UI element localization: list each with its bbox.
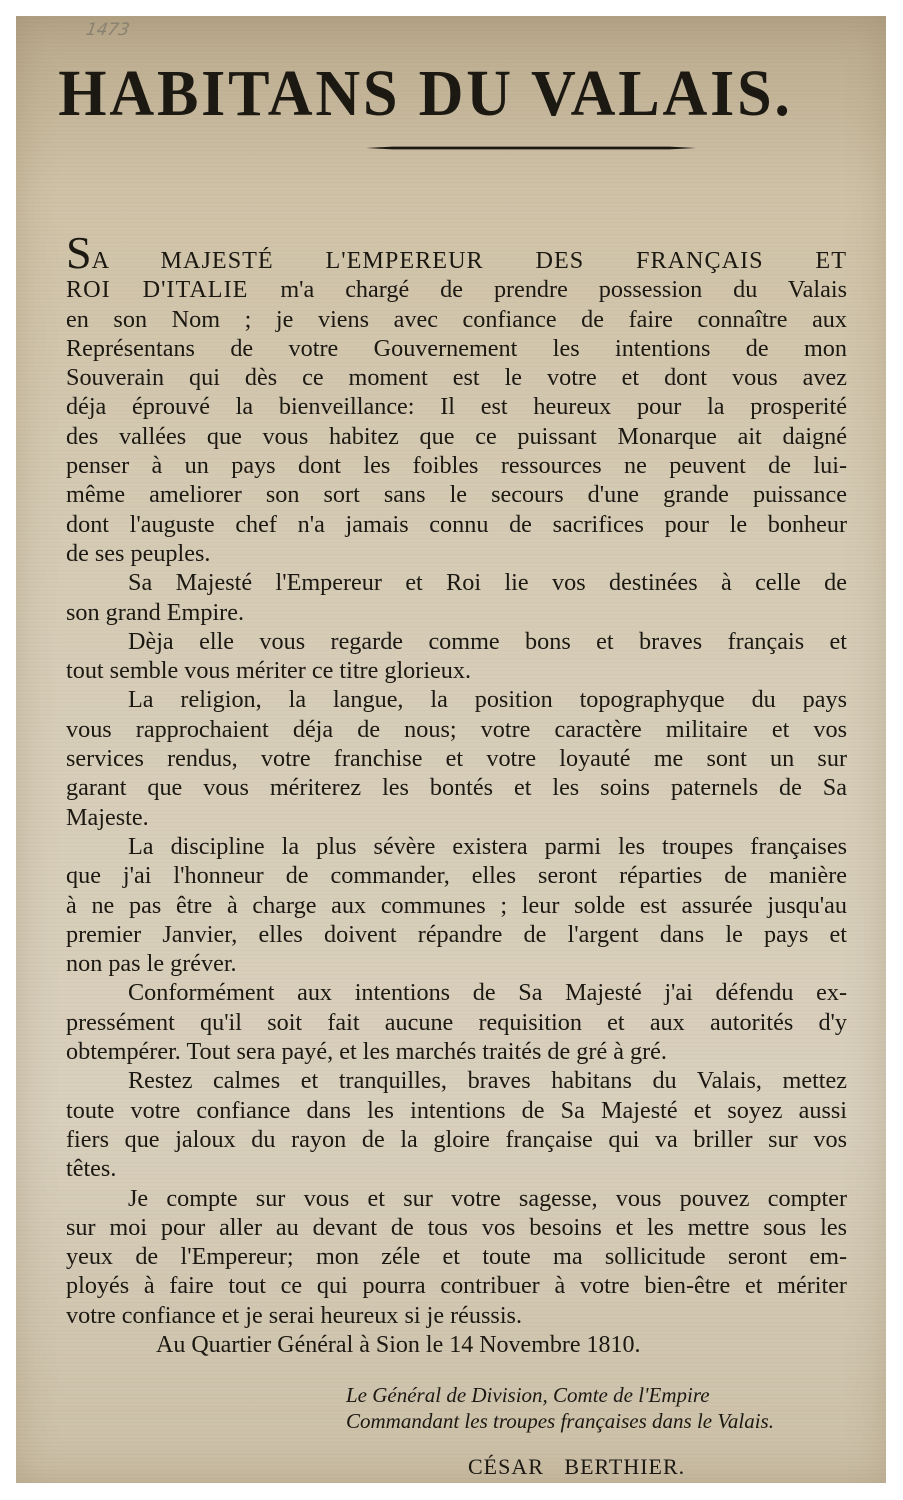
text-line: pressément qu'il soit fait aucune requis… — [66, 1008, 847, 1037]
text-line: Souverain qui dès ce moment est le votre… — [66, 363, 847, 392]
drop-cap: S — [66, 227, 92, 278]
text-line: fiers que jaloux du rayon de la gloire f… — [66, 1125, 847, 1154]
text-line: La discipline la plus sévère existera pa… — [66, 832, 847, 861]
signatory-title-line-1: Le Général de Division, Comte de l'Empir… — [346, 1382, 866, 1408]
text-line: Représentans de votre Gouvernement les i… — [66, 334, 847, 363]
text-line: à ne pas être à charge aux communes ; le… — [66, 891, 847, 920]
proclamation-sheet: 1473 HABITANS DU VALAIS. SA MAJESTÉ L'EM… — [16, 16, 886, 1483]
text-line: que j'ai l'honneur de commander, elles s… — [66, 861, 847, 890]
paragraph: SA MAJESTÉ L'EMPEREUR DES FRANÇAIS ETROI… — [66, 238, 847, 568]
text-line: toute votre confiance dans les intention… — [66, 1096, 847, 1125]
text-line: de ses peuples. — [66, 539, 847, 568]
text-line: Sa Majesté l'Empereur et Roi lie vos des… — [66, 568, 847, 597]
paragraph: Conformément aux intentions de Sa Majest… — [66, 978, 847, 1066]
text-line: non pas le gréver. — [66, 949, 847, 978]
text-line: penser à un pays dont les foibles ressou… — [66, 451, 847, 480]
text-line: garant que vous mériterez les bontés et … — [66, 773, 847, 802]
opening-caps: A MAJESTÉ L'EMPEREUR DES FRANÇAIS ET — [92, 247, 847, 274]
text-line: ROI D'ITALIE m'a chargé de prendre posse… — [66, 275, 847, 304]
title-rule-divider — [366, 146, 696, 150]
text-line: Conformément aux intentions de Sa Majest… — [66, 978, 847, 1007]
signatory-title-line-2: Commandant les troupes françaises dans l… — [346, 1408, 866, 1434]
text-line: premier Janvier, elles doivent répandre … — [66, 920, 847, 949]
dateline: Au Quartier Général à Sion le 14 Novembr… — [156, 1332, 796, 1359]
text-line: yeux de l'Empereur; mon zéle et toute ma… — [66, 1242, 847, 1271]
text-line: votre confiance et je serai heureux si j… — [66, 1301, 847, 1330]
paragraph: Sa Majesté l'Empereur et Roi lie vos des… — [66, 568, 847, 627]
text-line: Dèja elle vous regarde comme bons et bra… — [66, 627, 847, 656]
paragraph: La religion, la langue, la position topo… — [66, 685, 847, 831]
text-line: Restez calmes et tranquilles, braves hab… — [66, 1066, 847, 1095]
paragraph: La discipline la plus sévère existera pa… — [66, 832, 847, 978]
paragraph: Je compte sur vous et sur votre sagesse,… — [66, 1184, 847, 1330]
text-line: Je compte sur vous et sur votre sagesse,… — [66, 1184, 847, 1213]
paragraph: Dèja elle vous regarde comme bons et bra… — [66, 627, 847, 686]
text-line: son grand Empire. — [66, 598, 847, 627]
text-line: ployés à faire tout ce qui pourra contri… — [66, 1271, 847, 1300]
text-line: déja éprouvé la bienveillance: Il est he… — [66, 392, 847, 421]
text-line: sur moi pour aller au devant de tous vos… — [66, 1213, 847, 1242]
text-line: en son Nom ; je viens avec confiance de … — [66, 305, 847, 334]
proclamation-title: HABITANS DU VALAIS. — [26, 56, 825, 132]
proclamation-body: SA MAJESTÉ L'EMPEREUR DES FRANÇAIS ETROI… — [66, 238, 847, 1330]
text-line: La religion, la langue, la position topo… — [66, 685, 847, 714]
text-line: têtes. — [66, 1154, 847, 1183]
opening-caps: ROI D'ITALIE — [66, 276, 280, 303]
text-line: des vallées que vous habitez que ce puis… — [66, 422, 847, 451]
text-line: SA MAJESTÉ L'EMPEREUR DES FRANÇAIS ET — [66, 238, 847, 275]
text-line: Majeste. — [66, 803, 847, 832]
paragraph: Restez calmes et tranquilles, braves hab… — [66, 1066, 847, 1183]
text-line: tout semble vous mériter ce titre glorie… — [66, 656, 847, 685]
signatory-title: Le Général de Division, Comte de l'Empir… — [346, 1382, 866, 1434]
signatory-name: CÉSAR BERTHIER. — [468, 1454, 685, 1480]
text-line: vous rapprochaient déja de nous; votre c… — [66, 715, 847, 744]
archive-number: 1473 — [84, 20, 131, 40]
text-line: dont l'auguste chef n'a jamais connu de … — [66, 510, 847, 539]
text-line: même ameliorer son sort sans le secours … — [66, 480, 847, 509]
text-line: services rendus, votre franchise et votr… — [66, 744, 847, 773]
text-line: obtempérer. Tout sera payé, et les march… — [66, 1037, 847, 1066]
